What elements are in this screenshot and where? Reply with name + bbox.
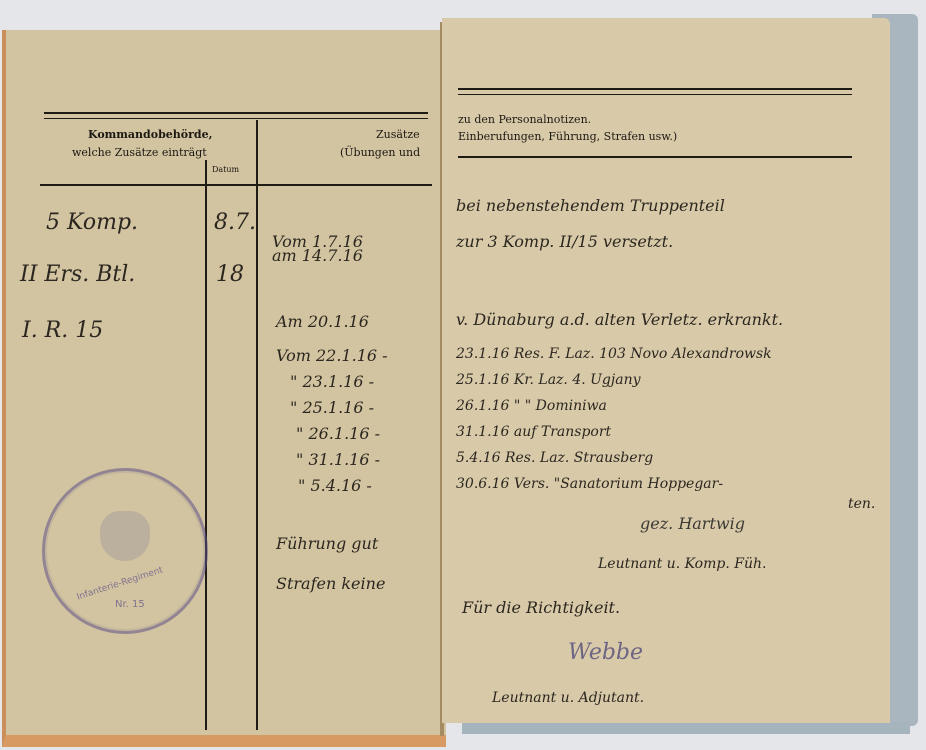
- date-entry: " 5.4.16 -: [298, 476, 372, 495]
- certification-line: Für die Richtigkeit.: [462, 598, 620, 617]
- header-einberufungen: Einberufungen, Führung, Strafen usw.): [458, 130, 677, 143]
- header-uebungen: (Übungen und: [340, 146, 420, 159]
- header-personalnotizen: zu den Personalnotizen.: [458, 113, 591, 126]
- entry-line: v. Dünaburg a.d. alten Verletz. erkrankt…: [456, 310, 783, 329]
- date-entry: " 26.1.16 -: [296, 424, 380, 443]
- book-cover-bottom: [462, 722, 910, 734]
- signature-hartwig-title: Leutnant u. Komp. Füh.: [598, 556, 766, 572]
- header-datum: Datum: [212, 165, 239, 174]
- entry-line: ten.: [848, 496, 875, 512]
- header-rule-top-thin: [44, 118, 428, 119]
- signature-webbe: Webbe: [568, 640, 643, 665]
- entry-line: zur 3 Komp. II/15 versetzt.: [456, 232, 673, 251]
- entry-line: 5.4.16 Res. Laz. Strausberg: [456, 450, 653, 466]
- header-rule-bottom: [458, 156, 852, 158]
- entry-line: 25.1.16 Kr. Laz. 4. Ugjany: [456, 372, 641, 388]
- column-divider-zusaetze: [256, 120, 258, 730]
- date-entry: " 23.1.16 -: [290, 372, 374, 391]
- unit-entry: 5 Komp.: [46, 210, 138, 235]
- date-entry: " 25.1.16 -: [290, 398, 374, 417]
- unit-date: 8.7.: [214, 210, 256, 235]
- column-divider-datum: [205, 160, 207, 730]
- entry-line: 31.1.16 auf Transport: [456, 424, 611, 440]
- date-entry: " 31.1.16 -: [296, 450, 380, 469]
- header-rule-top: [458, 88, 852, 90]
- unit-date: 18: [216, 262, 244, 287]
- entry-line: 30.6.16 Vers. "Sanatorium Hoppegar-: [456, 476, 723, 492]
- regiment-stamp: Infanterie-Regiment Nr. 15: [42, 468, 208, 634]
- note-fuehrung: Führung gut: [276, 534, 378, 553]
- date-entry: Am 20.1.16: [276, 312, 369, 331]
- signature-hartwig: gez. Hartwig: [640, 514, 745, 533]
- date-entry: am 14.7.16: [272, 246, 363, 265]
- entry-line: 26.1.16 " " Dominiwa: [456, 398, 607, 414]
- header-kommandobehoerde: Kommandobehörde,: [88, 128, 212, 141]
- stamp-number: Nr. 15: [115, 599, 145, 610]
- entry-line: bei nebenstehendem Truppenteil: [456, 196, 725, 215]
- header-rule-bottom: [40, 184, 432, 186]
- unit-entry: II Ers. Btl.: [20, 262, 135, 287]
- eagle-emblem-icon: [100, 511, 150, 561]
- header-zusaetze: Zusätze: [376, 128, 420, 141]
- header-rule-top-thin: [458, 94, 852, 95]
- date-entry: Vom 22.1.16 -: [276, 346, 388, 365]
- note-strafen: Strafen keine: [276, 574, 385, 593]
- stamp-text: Infanterie-Regiment: [76, 565, 165, 602]
- entry-line: 23.1.16 Res. F. Laz. 103 Novo Alexandrow…: [456, 346, 772, 362]
- header-rule-top: [44, 112, 428, 114]
- signature-webbe-title: Leutnant u. Adjutant.: [492, 690, 644, 706]
- unit-entry: I. R. 15: [22, 318, 103, 343]
- open-military-passbook: Kommandobehörde, welche Zusätze einträgt…: [0, 0, 926, 750]
- header-welche-zusaetze: welche Zusätze einträgt: [72, 146, 207, 159]
